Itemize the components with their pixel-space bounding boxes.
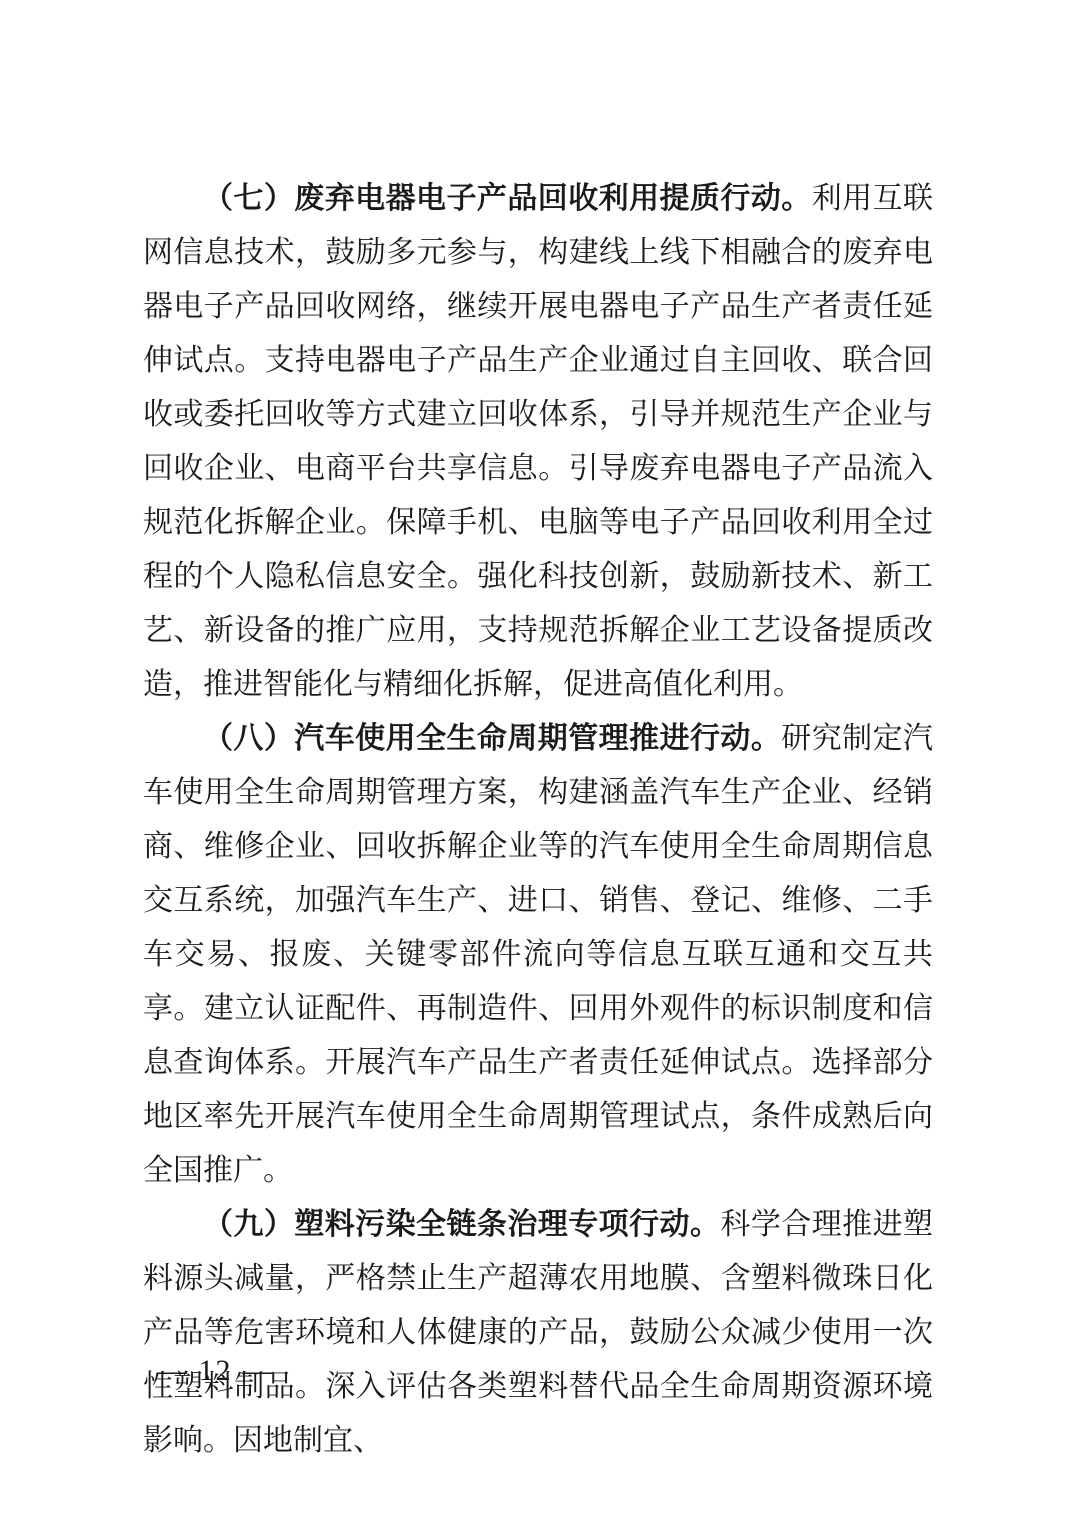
document-page: （七）废弃电器电子产品回收利用提质行动。利用互联网信息技术，鼓励多元参与，构建线… <box>0 0 1074 1520</box>
paragraph-action-8: （八）汽车使用全生命周期管理推进行动。研究制定汽车使用全生命周期管理方案，构建涵… <box>143 712 933 1198</box>
paragraph-action-7: （七）废弃电器电子产品回收利用提质行动。利用互联网信息技术，鼓励多元参与，构建线… <box>143 172 933 712</box>
paragraph-body: 科学合理推进塑料源头减量，严格禁止生产超薄农用地膜、含塑料微珠日化产品等危害环境… <box>143 1208 933 1457</box>
paragraph-body: 研究制定汽车使用全生命周期管理方案，构建涵盖汽车生产企业、经销商、维修企业、回收… <box>143 722 933 1187</box>
paragraph-heading: （七）废弃电器电子产品回收利用提质行动。 <box>203 182 812 215</box>
paragraph-action-9: （九）塑料污染全链条治理专项行动。科学合理推进塑料源头减量，严格禁止生产超薄农用… <box>143 1198 933 1468</box>
paragraph-heading: （九）塑料污染全链条治理专项行动。 <box>203 1208 720 1241</box>
paragraph-body: 利用互联网信息技术，鼓励多元参与，构建线上线下相融合的废弃电器电子产品回收网络，… <box>143 182 933 701</box>
document-text-block: （七）废弃电器电子产品回收利用提质行动。利用互联网信息技术，鼓励多元参与，构建线… <box>143 172 933 1468</box>
paragraph-heading: （八）汽车使用全生命周期管理推进行动。 <box>203 722 781 755</box>
page-number: — 12 — <box>157 1344 274 1398</box>
